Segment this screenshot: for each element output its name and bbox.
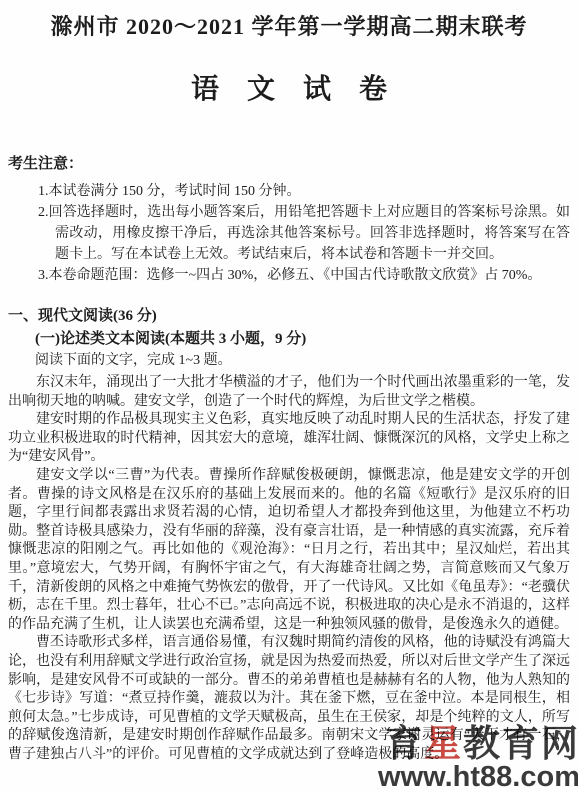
notice-heading: 考生注意：: [8, 154, 570, 174]
passage-paragraph-3: 建安文学以“三曹”为代表。曹操所作辞赋俊极硬朗，慷慨悲凉，他是建安文学的开创者。…: [8, 467, 570, 634]
section-heading: 一、现代文阅读(36 分): [8, 306, 570, 326]
notice-items: 1.本试卷满分 150 分，考试时间 150 分钟。 2.回答选择题时，选出每小…: [8, 181, 570, 286]
exam-title: 滁州市 2020～2021 学年第一学期高二期末联考: [8, 0, 570, 41]
reading-instruction: 阅读下面的文字，完成 1~3 题。: [35, 351, 570, 371]
notice-item-3: 3.本卷命题范围：选修一~四占 30%，必修五、《中国古代诗歌散文欣赏》占 70…: [55, 265, 570, 286]
candidate-notice: 考生注意： 1.本试卷满分 150 分，考试时间 150 分钟。 2.回答选择题…: [8, 154, 570, 286]
watermark-url: www.ht88.com: [378, 763, 578, 792]
exam-paper-page: 滁州市 2020～2021 学年第一学期高二期末联考 语 文 试 卷 考生注意：…: [0, 0, 578, 794]
notice-item-1: 1.本试卷满分 150 分，考试时间 150 分钟。: [55, 181, 570, 202]
passage-paragraph-1: 东汉末年，涌现出了一大批才华横溢的才子，他们为一个时代画出浓墨重彩的一笔，发出响…: [8, 374, 570, 411]
notice-item-2: 2.回答选择题时，选出每小题答案后，用铅笔把答题卡上对应题目的答案标号涂黑。如需…: [55, 202, 570, 265]
passage-paragraph-2: 建安时期的作品极具现实主义色彩，真实地反映了动乱时期人民的生活状态，抒发了建功立…: [8, 411, 570, 467]
reading-section: 一、现代文阅读(36 分) (一)论述类文本阅读(本题共 3 小题，9 分) 阅…: [8, 306, 570, 371]
section-subheading: (一)论述类文本阅读(本题共 3 小题，9 分): [35, 329, 570, 349]
subject-title: 语 文 试 卷: [8, 74, 570, 106]
passage-text: 东汉末年，涌现出了一大批才华横溢的才子，他们为一个时代画出浓墨重彩的一笔，发出响…: [8, 374, 570, 764]
passage-paragraph-4: 曹丕诗歌形式多样，语言通俗易懂，有汉魏时期简约清俊的风格，他的诗赋没有鸿篇大论，…: [8, 634, 570, 764]
